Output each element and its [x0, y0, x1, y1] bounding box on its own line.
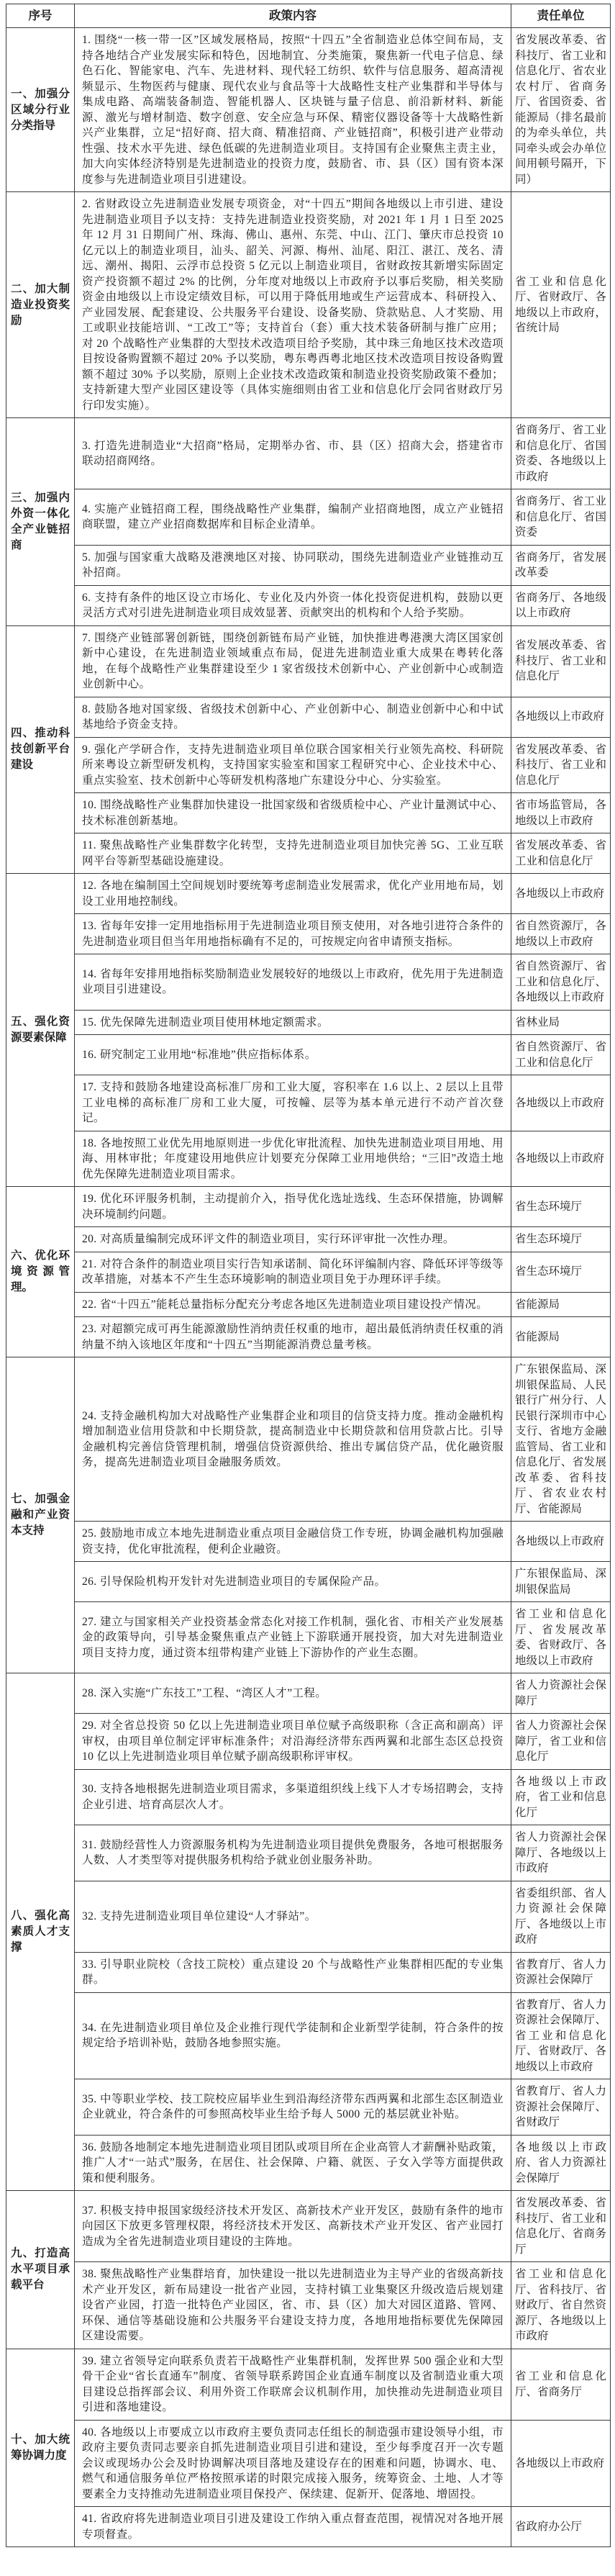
- policy-content-cell: 30. 支持各地根据先进制造业项目需求，多渠道组织线上线下人才专场招聘会，支持企…: [75, 1769, 511, 1825]
- table-row: 十、加大统筹协调力度39. 建立省领导定向联系负责若干战略性产业集群机制，发挥世…: [6, 2349, 611, 2420]
- policy-content-cell: 13. 省每年安排一定用地指标用于先进制造业项目预支使用，对各地引进符合条件的先…: [75, 914, 511, 954]
- policy-content-cell: 17. 支持和鼓励各地建设高标准厂房和工业大厦，容积率在 1.6 以上、2 层以…: [75, 1075, 511, 1131]
- responsible-unit-cell: 省自然资源厅、省工业和信息化厅: [511, 1035, 611, 1075]
- responsible-unit-cell: 省政府办公厅: [511, 2507, 611, 2547]
- policy-content-cell: 27. 建立与国家相关产业投资基金常态化对接工作机制，强化省、市相关产业发展基金…: [75, 1602, 511, 1673]
- responsible-unit-cell: 省人力资源社会保障厅: [511, 1673, 611, 1714]
- responsible-unit-cell: 省林业局: [511, 1010, 611, 1035]
- table-row: 6. 支持有条件的地区设立市场化、专业化及内外资一体化投资促进机构，鼓励以更灵活…: [6, 585, 611, 625]
- category-cell: 九、打造高水平项目承载平台: [6, 2191, 75, 2349]
- responsible-unit-cell: 省能源局: [511, 1317, 611, 1357]
- responsible-unit-cell: 各地级以上市政府、省人力资源社会保障厅: [511, 2135, 611, 2191]
- col-header-unit: 责任单位: [511, 4, 611, 28]
- table-row: 22. 省“十四五”能耗总量指标分配充分考虑各地区先进制造业项目建设投产情况。省…: [6, 1292, 611, 1317]
- category-cell: 八、强化高素质人才支撑: [6, 1673, 75, 2191]
- policy-table-body: 一、加强分区域分行业分类指导1. 围绕“一核一带一区”区域发展格局，按照“十四五…: [6, 28, 611, 2547]
- policy-content-cell: 24. 支持金融机构加大对战略性产业集群企业和项目的信贷支持力度。推动金融机构增…: [75, 1357, 511, 1522]
- policy-content-cell: 41. 省政府将先进制造业项目引进及建设工作纳入重点督查范围，视情况对各地开展专…: [75, 2507, 511, 2547]
- category-cell: 二、加大制造业投资奖励: [6, 192, 75, 418]
- table-row: 九、打造高水平项目承载平台37. 积极支持申报国家级经济技术开发区、高新技术产业…: [6, 2191, 611, 2262]
- responsible-unit-cell: 省教育厅、省人力资源社会保障厅: [511, 1952, 611, 1992]
- policy-table: 序号 政策内容 责任单位 一、加强分区域分行业分类指导1. 围绕“一核一带一区”…: [6, 4, 611, 2547]
- table-row: 5. 加强与国家重大战略及港澳地区对接、协同联动，围绕先进制造业产业链推动互补招…: [6, 545, 611, 585]
- table-row: 14. 省每年安排用地指标奖励制造业发展较好的地级以上市政府，优先用于先进制造业…: [6, 954, 611, 1011]
- policy-content-cell: 16. 研究制定工业用地“标准地”供应指标体系。: [75, 1035, 511, 1075]
- policy-content-cell: 6. 支持有条件的地区设立市场化、专业化及内外资一体化投资促进机构，鼓励以更灵活…: [75, 585, 511, 625]
- table-row: 31. 鼓励经营性人力资源服务机构为先进制造业项目提供免费服务，各地可根据服务人…: [6, 1825, 611, 1881]
- table-row: 40. 各地级以上市要成立以市政府主要负责同志任组长的制造强市建设领导小组，市政…: [6, 2420, 611, 2507]
- policy-content-cell: 22. 省“十四五”能耗总量指标分配充分考虑各地区先进制造业项目建设投产情况。: [75, 1292, 511, 1317]
- policy-content-cell: 26. 引导保险机构开发针对先进制造业项目的专属保险产品。: [75, 1562, 511, 1602]
- responsible-unit-cell: 省人力资源社会保障厅、各地级以上市政府: [511, 1825, 611, 1881]
- responsible-unit-cell: 广东银保监局、深圳银保监局: [511, 1562, 611, 1602]
- table-row: 16. 研究制定工业用地“标准地”供应指标体系。省自然资源厅、省工业和信息化厅: [6, 1035, 611, 1075]
- table-row: 18. 各地按照工业优先用地原则进一步优化审批流程、加快先进制造业项目用地、用海…: [6, 1131, 611, 1187]
- table-row: 15. 优先保障先进制造业项目使用林地定额需求。省林业局: [6, 1010, 611, 1035]
- policy-content-cell: 25. 鼓励地市成立本地先进制造业重点项目金融信贷工作专班，协调金融机构加强融资…: [75, 1522, 511, 1562]
- policy-content-cell: 29. 对全省总投资 50 亿以上先进制造业项目单位赋予高级职称（含正高和副高）…: [75, 1714, 511, 1770]
- table-row: 11. 聚焦战略性产业集群数字化转型，支持先进制造业项目加快完善 5G、工业互联…: [6, 833, 611, 874]
- policy-content-cell: 38. 聚焦战略性产业集群培育，加快建设一批以先进制造业为主导产业的省级高新技术…: [75, 2262, 511, 2349]
- table-row: 36. 鼓励各地制定本地先进制造业项目团队或项目所在企业高管人才薪酬补贴政策，推…: [6, 2135, 611, 2191]
- policy-content-cell: 34. 在先进制造业项目单位及企业推行现代学徒制和企业新型学徒制，符合条件的按规…: [75, 1992, 511, 2079]
- responsible-unit-cell: 省教育厅、省人力资源社会保障厅、省工业和信息化厅、省财政厅、各地级以上市政府: [511, 1992, 611, 2079]
- category-cell: 六、优化环境资源管理。: [6, 1187, 75, 1357]
- table-row: 9. 强化产学研合作，支持先进制造业项目单位联合国家相关行业领先高校、科研院所来…: [6, 737, 611, 793]
- policy-content-cell: 5. 加强与国家重大战略及港澳地区对接、协同联动，围绕先进制造业产业链推动互补招…: [75, 545, 511, 585]
- responsible-unit-cell: 省发展改革委、省科技厅、省工业和信息化厅、省农业农村厅、省商务厅、省国资委、省能…: [511, 28, 611, 192]
- responsible-unit-cell: 省自然资源厅、省工业和信息化厅、各地级以上市政府: [511, 954, 611, 1011]
- table-row: 21. 对符合条件的制造业项目实行告知承诺制、简化环评编制内容、降低环评等级等改…: [6, 1252, 611, 1292]
- table-row: 20. 对高质量编制完成环评文件的制造业项目，实行环评审批一次性办理。省生态环境…: [6, 1227, 611, 1252]
- table-row: 17. 支持和鼓励各地建设高标准厂房和工业大厦，容积率在 1.6 以上、2 层以…: [6, 1075, 611, 1131]
- responsible-unit-cell: 省能源局: [511, 1292, 611, 1317]
- policy-content-cell: 8. 鼓励各地对国家级、省级技术创新中心、产业创新中心、制造业创新中心和中试基地…: [75, 697, 511, 737]
- responsible-unit-cell: 省生态环境厅: [511, 1252, 611, 1292]
- policy-content-cell: 9. 强化产学研合作，支持先进制造业项目单位联合国家相关行业领先高校、科研院所来…: [75, 737, 511, 793]
- responsible-unit-cell: 省工业和信息化厅、省商务厅: [511, 2349, 611, 2420]
- table-row: 10. 围绕战略性产业集群加快建设一批国家级和省级质检中心、产业计量测试中心、技…: [6, 793, 611, 833]
- table-row: 七、加强金融和产业资本支持24. 支持金融机构加大对战略性产业集群企业和项目的信…: [6, 1357, 611, 1522]
- responsible-unit-cell: 省商务厅、省工业和信息化厅、省国资委、各地级以上市政府: [511, 418, 611, 489]
- responsible-unit-cell: 省商务厅、省工业和信息化厅、省国资委: [511, 489, 611, 546]
- responsible-unit-cell: 省生态环境厅: [511, 1187, 611, 1227]
- table-row: 32. 支持先进制造业项目单位建设“人才驿站”。省委组织部、省人力资源社会保障厅…: [6, 1881, 611, 1952]
- policy-content-cell: 15. 优先保障先进制造业项目使用林地定额需求。: [75, 1010, 511, 1035]
- responsible-unit-cell: 省发展改革委、省工业和信息化厅: [511, 833, 611, 874]
- table-row: 38. 聚焦战略性产业集群培育，加快建设一批以先进制造业为主导产业的省级高新技术…: [6, 2262, 611, 2349]
- responsible-unit-cell: 广东银保监局、深圳银保监局、人民银行广州分行、人民银行深圳市中心支行、省地方金融…: [511, 1357, 611, 1522]
- responsible-unit-cell: 省自然资源厅，各地级以上市政府: [511, 914, 611, 954]
- policy-content-cell: 10. 围绕战略性产业集群加快建设一批国家级和省级质检中心、产业计量测试中心、技…: [75, 793, 511, 833]
- policy-content-cell: 28. 深入实施“广东技工”工程、“湾区人才”工程。: [75, 1673, 511, 1714]
- category-cell: 四、推动科技创新平台建设: [6, 625, 75, 874]
- policy-content-cell: 2. 省财政设立先进制造业发展专项资金，对“十四五”期间各地级以上市引进、建设先…: [75, 192, 511, 418]
- table-row: 25. 鼓励地市成立本地先进制造业重点项目金融信贷工作专班，协调金融机构加强融资…: [6, 1522, 611, 1562]
- policy-content-cell: 3. 打造先进制造业“大招商”格局，定期举办省、市、县（区）招商大会，搭建省市联…: [75, 418, 511, 489]
- table-row: 8. 鼓励各地对国家级、省级技术创新中心、产业创新中心、制造业创新中心和中试基地…: [6, 697, 611, 737]
- category-cell: 七、加强金融和产业资本支持: [6, 1357, 75, 1673]
- table-row: 29. 对全省总投资 50 亿以上先进制造业项目单位赋予高级职称（含正高和副高）…: [6, 1714, 611, 1770]
- responsible-unit-cell: 省委组织部、省人力资源社会保障厅、各地级以上市政府: [511, 1881, 611, 1952]
- policy-content-cell: 32. 支持先进制造业项目单位建设“人才驿站”。: [75, 1881, 511, 1952]
- policy-content-cell: 18. 各地按照工业优先用地原则进一步优化审批流程、加快先进制造业项目用地、用海…: [75, 1131, 511, 1187]
- table-header-row: 序号 政策内容 责任单位: [6, 4, 611, 28]
- table-row: 33. 引导职业院校（含技工院校）重点建设 20 个与战略性产业集群相匹配的专业…: [6, 1952, 611, 1992]
- responsible-unit-cell: 各地级以上市政府: [511, 1522, 611, 1562]
- table-row: 二、加大制造业投资奖励2. 省财政设立先进制造业发展专项资金，对“十四五”期间各…: [6, 192, 611, 418]
- responsible-unit-cell: 省发展改革委、省科技厅、省工业和信息化厅: [511, 737, 611, 793]
- policy-content-cell: 1. 围绕“一核一带一区”区域发展格局，按照“十四五”全省制造业总体空间布局，支…: [75, 28, 511, 192]
- table-row: 四、推动科技创新平台建设7. 围绕产业链部署创新链，围绕创新链布局产业链，加快推…: [6, 625, 611, 697]
- responsible-unit-cell: 各地级以上市政府: [511, 1075, 611, 1131]
- policy-content-cell: 35. 中等职业学校、技工院校应届毕业生到沿海经济带东西两翼和北部生态区制造业企…: [75, 2079, 511, 2136]
- responsible-unit-cell: 省生态环境厅: [511, 1227, 611, 1252]
- category-cell: 三、加强内外资一体化全产业链招商: [6, 418, 75, 626]
- responsible-unit-cell: 省商务厅，省发展改革委: [511, 545, 611, 585]
- responsible-unit-cell: 省发展改革委、省科技厅、省工业和信息化厅: [511, 625, 611, 697]
- policy-content-cell: 21. 对符合条件的制造业项目实行告知承诺制、简化环评编制内容、降低环评等级等改…: [75, 1252, 511, 1292]
- responsible-unit-cell: 省商务厅、各地级以上市政府: [511, 585, 611, 625]
- category-cell: 一、加强分区域分行业分类指导: [6, 28, 75, 192]
- category-cell: 五、强化资源要素保障: [6, 874, 75, 1187]
- policy-content-cell: 4. 实施产业链招商工程，围绕战略性产业集群，编制产业招商地图，成立产业链招商联…: [75, 489, 511, 546]
- category-cell: 十、加大统筹协调力度: [6, 2349, 75, 2547]
- policy-content-cell: 20. 对高质量编制完成环评文件的制造业项目，实行环评审批一次性办理。: [75, 1227, 511, 1252]
- col-header-content: 政策内容: [75, 4, 511, 28]
- table-row: 34. 在先进制造业项目单位及企业推行现代学徒制和企业新型学徒制，符合条件的按规…: [6, 1992, 611, 2079]
- policy-content-cell: 7. 围绕产业链部署创新链，围绕创新链布局产业链，加快推进粤港澳大湾区国家创新中…: [75, 625, 511, 697]
- table-row: 一、加强分区域分行业分类指导1. 围绕“一核一带一区”区域发展格局，按照“十四五…: [6, 28, 611, 192]
- policy-content-cell: 39. 建立省领导定向联系负责若干战略性产业集群机制，发挥世界 500 强企业和…: [75, 2349, 511, 2420]
- policy-content-cell: 40. 各地级以上市要成立以市政府主要负责同志任组长的制造强市建设领导小组，市政…: [75, 2420, 511, 2507]
- col-header-serial: 序号: [6, 4, 75, 28]
- policy-content-cell: 36. 鼓励各地制定本地先进制造业项目团队或项目所在企业高管人才薪酬补贴政策，推…: [75, 2135, 511, 2191]
- policy-content-cell: 19. 优化环评服务机制，主动提前介入，指导优化选址选线、生态环保措施，协调解决…: [75, 1187, 511, 1227]
- responsible-unit-cell: 省工业和信息化厅、省发展改革委、省财政厅、各地级以上市政府: [511, 1602, 611, 1673]
- table-row: 23. 对超额完成可再生能源激励性消纳责任权重的地市，超出最低消纳责任权重的消纳…: [6, 1317, 611, 1357]
- responsible-unit-cell: 省发展改革委、省科技厅、省工业和信息化厅、省商务厅: [511, 2191, 611, 2262]
- responsible-unit-cell: 各地级以上市政府，省工业和信息化厅: [511, 1769, 611, 1825]
- responsible-unit-cell: 省工业和信息化厅、省财政厅、各地级以上市政府，省统计局: [511, 192, 611, 418]
- responsible-unit-cell: 各地级以上市政府: [511, 2420, 611, 2507]
- table-row: 4. 实施产业链招商工程，围绕战略性产业集群，编制产业招商地图，成立产业链招商联…: [6, 489, 611, 546]
- table-row: 30. 支持各地根据先进制造业项目需求，多渠道组织线上线下人才专场招聘会，支持企…: [6, 1769, 611, 1825]
- policy-content-cell: 23. 对超额完成可再生能源激励性消纳责任权重的地市，超出最低消纳责任权重的消纳…: [75, 1317, 511, 1357]
- policy-content-cell: 14. 省每年安排用地指标奖励制造业发展较好的地级以上市政府，优先用于先进制造业…: [75, 954, 511, 1011]
- policy-content-cell: 12. 各地在编制国土空间规划时要统筹考虑制造业发展需求，优化产业用地布局，划设…: [75, 874, 511, 914]
- policy-content-cell: 33. 引导职业院校（含技工院校）重点建设 20 个与战略性产业集群相匹配的专业…: [75, 1952, 511, 1992]
- policy-content-cell: 11. 聚焦战略性产业集群数字化转型，支持先进制造业项目加快完善 5G、工业互联…: [75, 833, 511, 874]
- table-row: 13. 省每年安排一定用地指标用于先进制造业项目预支使用，对各地引进符合条件的先…: [6, 914, 611, 954]
- responsible-unit-cell: 省教育厅、省人力资源社会保障厅、省财政厅: [511, 2079, 611, 2136]
- table-row: 35. 中等职业学校、技工院校应届毕业生到沿海经济带东西两翼和北部生态区制造业企…: [6, 2079, 611, 2136]
- responsible-unit-cell: 各地级以上市政府: [511, 1131, 611, 1187]
- responsible-unit-cell: 各地级以上市政府: [511, 874, 611, 914]
- responsible-unit-cell: 省市场监管局，各地级以上市政府: [511, 793, 611, 833]
- policy-content-cell: 31. 鼓励经营性人力资源服务机构为先进制造业项目提供免费服务，各地可根据服务人…: [75, 1825, 511, 1881]
- table-row: 27. 建立与国家相关产业投资基金常态化对接工作机制，强化省、市相关产业发展基金…: [6, 1602, 611, 1673]
- policy-content-cell: 37. 积极支持申报国家级经济技术开发区、高新技术产业开发区，鼓励有条件的地市向…: [75, 2191, 511, 2262]
- document-page: 序号 政策内容 责任单位 一、加强分区域分行业分类指导1. 围绕“一核一带一区”…: [0, 0, 615, 2569]
- table-row: 八、强化高素质人才支撑28. 深入实施“广东技工”工程、“湾区人才”工程。省人力…: [6, 1673, 611, 1714]
- responsible-unit-cell: 省人力资源社会保障厅，省工业和信息化厅: [511, 1714, 611, 1770]
- table-row: 三、加强内外资一体化全产业链招商3. 打造先进制造业“大招商”格局，定期举办省、…: [6, 418, 611, 489]
- table-row: 五、强化资源要素保障12. 各地在编制国土空间规划时要统筹考虑制造业发展需求，优…: [6, 874, 611, 914]
- responsible-unit-cell: 省工业和信息化厅、省科技厅、省财政厅、省自然资源厅、各地级以上市政府: [511, 2262, 611, 2349]
- table-row: 41. 省政府将先进制造业项目引进及建设工作纳入重点督查范围，视情况对各地开展专…: [6, 2507, 611, 2547]
- responsible-unit-cell: 各地级以上市政府: [511, 697, 611, 737]
- table-row: 六、优化环境资源管理。19. 优化环评服务机制，主动提前介入，指导优化选址选线、…: [6, 1187, 611, 1227]
- table-row: 26. 引导保险机构开发针对先进制造业项目的专属保险产品。广东银保监局、深圳银保…: [6, 1562, 611, 1602]
